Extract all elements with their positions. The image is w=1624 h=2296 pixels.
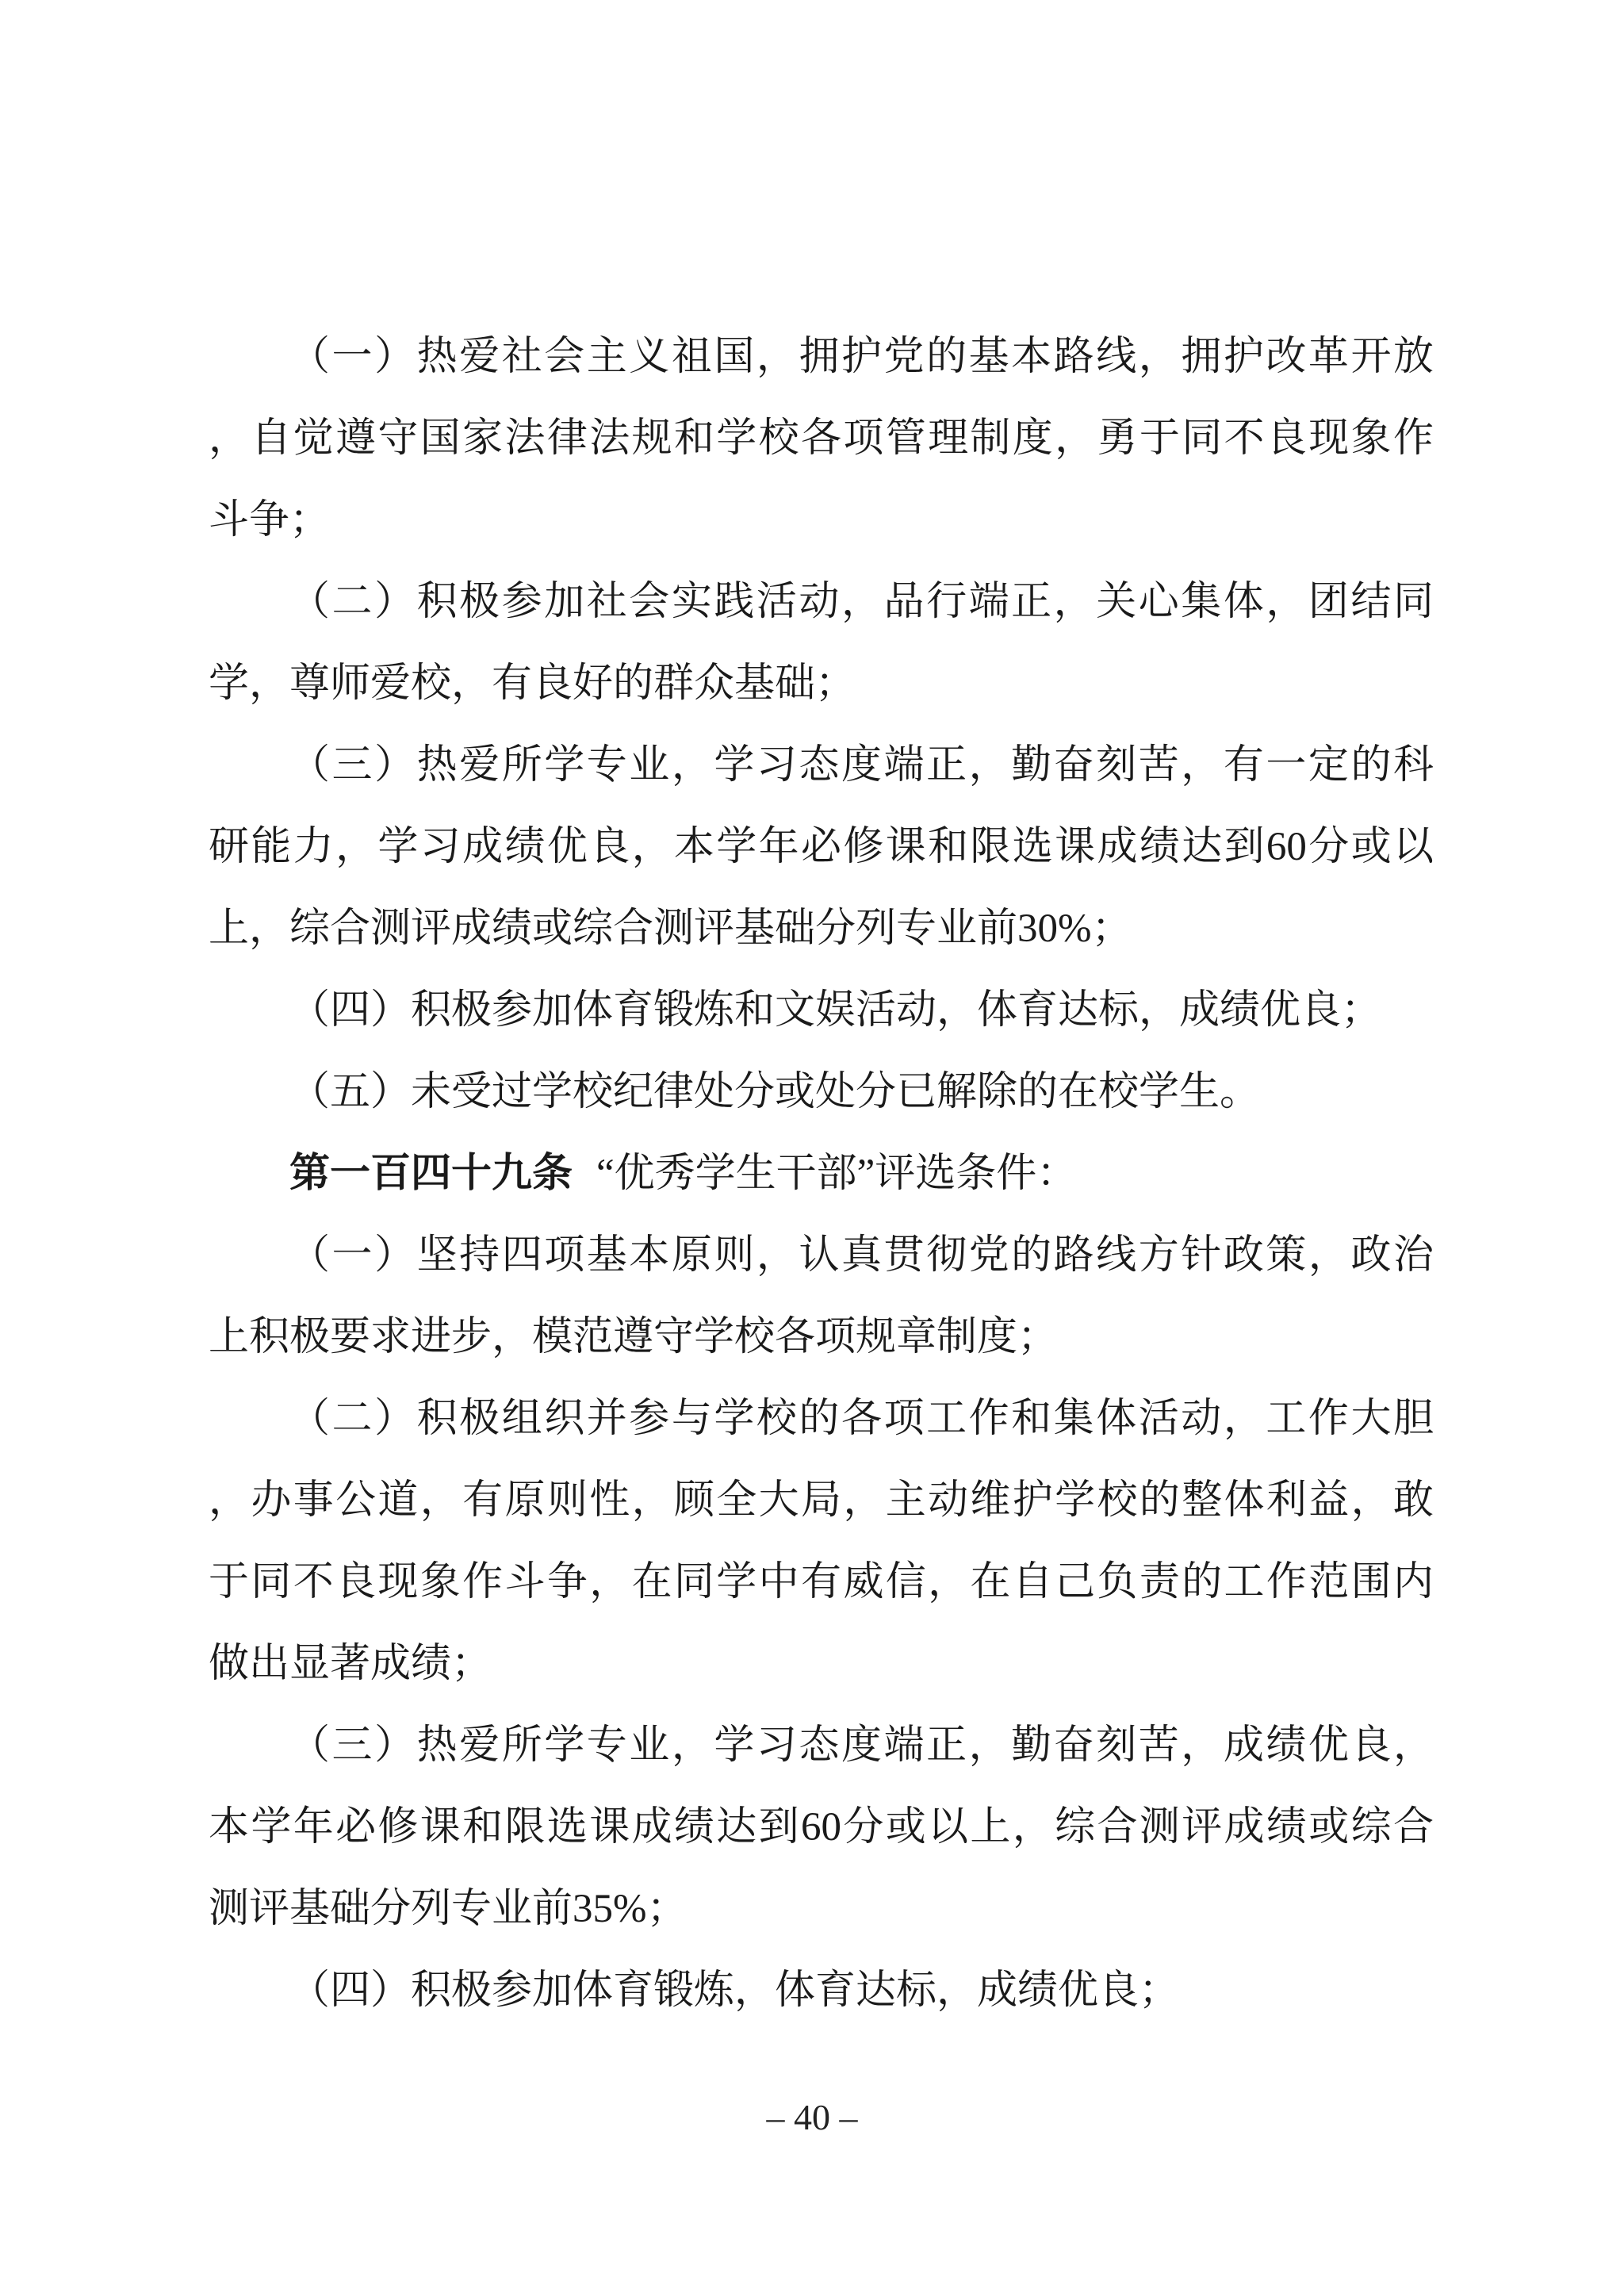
body-line: （二）积极参加社会实践活动，品行端正，关心集体，团结同 — [209, 562, 1434, 643]
body-line: （一）坚持四项基本原则，认真贯彻党的路线方针政策，政治 — [209, 1215, 1434, 1297]
body-line: 本学年必修课和限选课成绩达到60分或以上，综合测评成绩或综合 — [209, 1787, 1434, 1869]
body-line: （二）积极组织并参与学校的各项工作和集体活动，工作大胆 — [209, 1378, 1434, 1460]
body-line: ，办事公道，有原则性，顾全大局，主动维护学校的整体利益，敢 — [209, 1460, 1434, 1542]
article-heading-line: 第一百四十九条“优秀学生干部”评选条件： — [209, 1133, 1434, 1215]
body-line: （四）积极参加体育锻炼，体育达标，成绩优良； — [209, 1950, 1434, 2032]
body-line: 学，尊师爱校，有良好的群众基础； — [209, 643, 1434, 725]
body-line: （三）热爱所学专业，学习态度端正，勤奋刻苦，成绩优良， — [209, 1705, 1434, 1787]
body-line: ，自觉遵守国家法律法规和学校各项管理制度，勇于同不良现象作 — [209, 398, 1434, 480]
document-page: （一）热爱社会主义祖国，拥护党的基本路线，拥护改革开放 ，自觉遵守国家法律法规和… — [0, 0, 1624, 2296]
body-line: 测评基础分列专业前35%； — [209, 1869, 1434, 1950]
body-line: （四）积极参加体育锻炼和文娱活动，体育达标，成绩优良； — [209, 970, 1434, 1052]
article-title: “优秀学生干部”评选条件： — [596, 1152, 1077, 1196]
page-number: – 40 – — [767, 2097, 858, 2137]
article-number: 第一百四十九条 — [289, 1152, 573, 1196]
body-line: （三）热爱所学专业，学习态度端正，勤奋刻苦，有一定的科 — [209, 725, 1434, 807]
body-line: 上积极要求进步，模范遵守学校各项规章制度； — [209, 1297, 1434, 1378]
body-line: 斗争； — [209, 480, 1434, 562]
body-line: 于同不良现象作斗争，在同学中有威信，在自己负责的工作范围内 — [209, 1542, 1434, 1623]
page-footer: – 40 – — [0, 2094, 1624, 2141]
document-body: （一）热爱社会主义祖国，拥护党的基本路线，拥护改革开放 ，自觉遵守国家法律法规和… — [209, 316, 1434, 2032]
body-line: 上，综合测评成绩或综合测评基础分列专业前30%； — [209, 888, 1434, 970]
body-line: 研能力，学习成绩优良，本学年必修课和限选课成绩达到60分或以 — [209, 807, 1434, 888]
body-line: （五）未受过学校纪律处分或处分已解除的在校学生。 — [209, 1052, 1434, 1133]
body-line: （一）热爱社会主义祖国，拥护党的基本路线，拥护改革开放 — [209, 316, 1434, 398]
body-line: 做出显著成绩； — [209, 1623, 1434, 1705]
